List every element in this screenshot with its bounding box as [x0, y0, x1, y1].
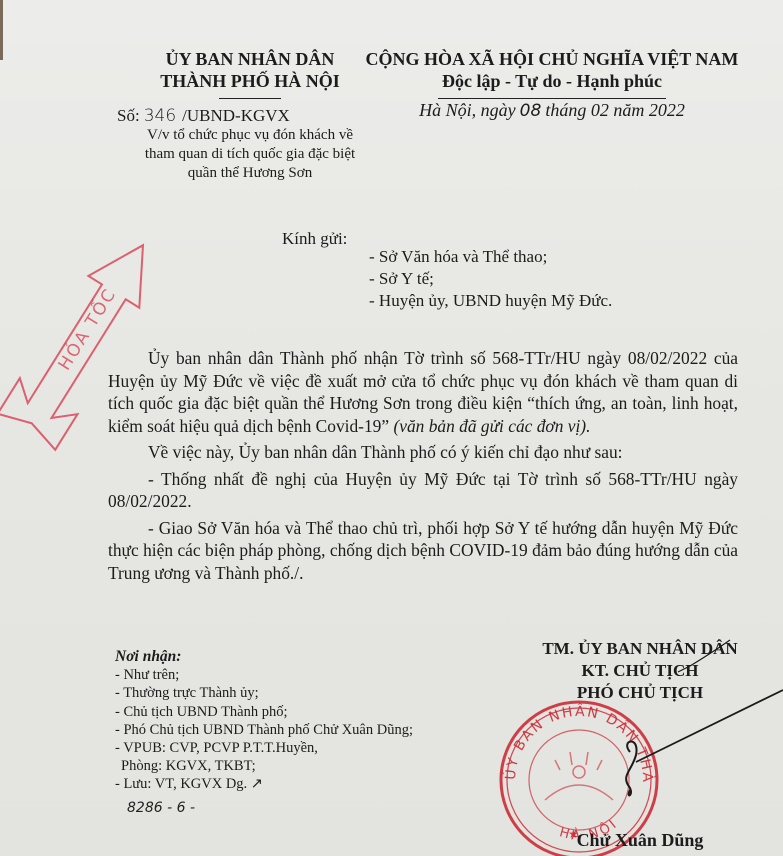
signer-name: Chử Xuân Dũng: [540, 830, 740, 851]
document-page: ỦY BAN NHÂN DÂN THÀNH PHỐ HÀ NỘI CỘNG HÒ…: [0, 0, 783, 856]
official-seal-icon: ỦY BAN NHÂN DÂN THÀNH HÀ NỘI ★: [0, 0, 783, 856]
svg-text:ỦY BAN NHÂN DÂN THÀNH: ỦY BAN NHÂN DÂN THÀNH: [0, 0, 656, 784]
